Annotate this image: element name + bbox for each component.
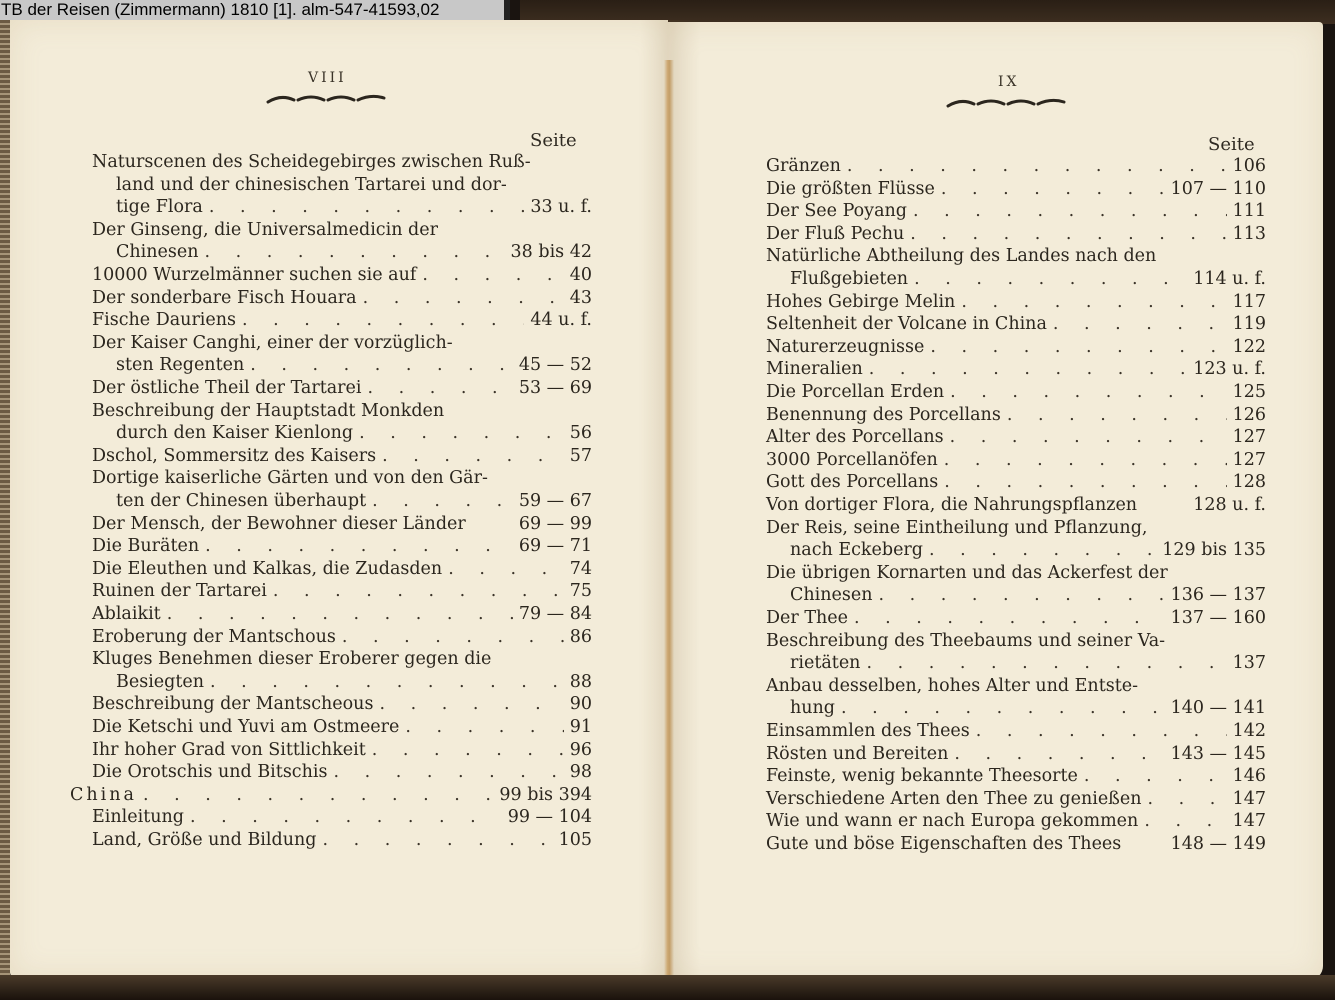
toc-leader-dots: . . . . . . . . . . . . . . . . . . . . … (1084, 765, 1227, 787)
toc-entry: Die Buräten. . . . . . . . . . . . . . .… (92, 535, 592, 557)
toc-entry: Der Reis, seine Eintheilung und Pflanzun… (766, 517, 1266, 539)
toc-entry-page: 38 bis 42 (511, 241, 592, 263)
toc-entry-title: Fische Dauriens (92, 309, 236, 331)
toc-entry-title: Dschol, Sommersitz des Kaisers (92, 445, 376, 467)
toc-entry: Der Mensch, der Bewohner dieser Länder69… (92, 513, 592, 535)
toc-entry-page: 99 — 104 (508, 806, 592, 828)
toc-entry: Die übrigen Kornarten und das Ackerfest … (766, 562, 1266, 584)
toc-entry-title: Der sonderbare Fisch Houara (92, 287, 357, 309)
right-page: IX Seite Gränzen. . . . . . . . . . . . … (668, 22, 1323, 980)
toc-entry: Ihr hoher Grad von Sittlichkeit. . . . .… (92, 739, 592, 761)
toc-entry: Chinesen. . . . . . . . . . . . . . . . … (790, 584, 1266, 606)
toc-entry: Die Porcellan Erden. . . . . . . . . . .… (766, 381, 1266, 403)
toc-leader-dots: . . . . . . . . . . . . . . . . . . . . … (929, 539, 1156, 561)
toc-leader-dots: . . . . . . . . . . . . . . . . . . . . … (1148, 788, 1227, 810)
toc-entry-title: Ihr hoher Grad von Sittlichkeit (92, 739, 366, 761)
toc-entry-title: Seltenheit der Volcane in China (766, 313, 1047, 335)
toc-entry-page: 127 (1233, 449, 1266, 471)
toc-entry-page: 117 (1233, 291, 1266, 313)
toc-leader-dots: . . . . . . . . . . . . . . . . . . . . … (847, 155, 1227, 177)
toc-entry-page: 146 (1233, 765, 1266, 787)
toc-leader-dots: . . . . . . . . . . . . . . . . . . . . … (950, 381, 1226, 403)
toc-entry-page: 123 u. f. (1193, 358, 1266, 380)
toc-entry-title: Mineralien (766, 358, 863, 380)
toc-entry-title: Wie und wann er nach Europa gekommen (766, 810, 1138, 832)
toc-entry-title: Beschreibung der Mantscheous (92, 693, 373, 715)
toc-leader-dots: . . . . . . . . . . . . . . . . . . . . … (950, 426, 1227, 448)
toc-leader-dots: . . . . . . . . . . . . . . . . . . . . … (448, 558, 564, 580)
toc-entry-page: 113 (1233, 223, 1266, 245)
toc-entry-page: 111 (1233, 200, 1266, 222)
toc-entry-title: Die übrigen Kornarten und das Ackerfest … (766, 562, 1168, 584)
toc-entry-title: Ruinen der Tartarei (92, 580, 267, 602)
toc-entry-title: Kluges Benehmen dieser Eroberer gegen di… (92, 648, 491, 670)
toc-leader-dots: . . . . . . . . . . . . . . . . . . . . … (143, 784, 493, 806)
toc-entry: Benennung des Porcellans. . . . . . . . … (766, 404, 1266, 426)
toc-entry-title: Der Fluß Pechu (766, 223, 904, 245)
toc-entry-title: land und der chinesischen Tartarei und d… (116, 174, 507, 196)
toc-entry-page: 125 (1233, 381, 1266, 403)
toc-entry: Einsammlen des Thees. . . . . . . . . . … (766, 720, 1266, 742)
toc-entry-title: Der Thee (766, 607, 848, 629)
toc-leader-dots: . . . . . . . . . . . . . . . . . . . . … (954, 743, 1164, 765)
toc-entry-page: 79 — 84 (519, 603, 592, 625)
toc-entry: Ruinen der Tartarei. . . . . . . . . . .… (92, 580, 592, 602)
toc-entry-page: 137 (1233, 652, 1266, 674)
toc-entry: Gute und böse Eigenschaften des Thees148… (766, 833, 1266, 855)
toc-entry: Von dortiger Flora, die Nahrungspflanzen… (766, 494, 1266, 516)
toc-leader-dots: . . . . . . . . . . . . . . . . . . . . … (372, 739, 564, 761)
toc-entry-page: 126 (1233, 404, 1266, 426)
toc-entry-title: Beschreibung der Hauptstadt Monkden (92, 400, 444, 422)
toc-entry-page: 119 (1233, 313, 1266, 335)
toc-entry: Besiegten. . . . . . . . . . . . . . . .… (116, 671, 592, 693)
toc-entry: Der Kaiser Canghi, einer der vorzüglich- (92, 332, 592, 354)
toc-entry: China. . . . . . . . . . . . . . . . . .… (70, 784, 592, 806)
toc-entry-page: 91 (570, 716, 592, 738)
toc-entry: Gränzen. . . . . . . . . . . . . . . . .… (766, 155, 1266, 177)
toc-entry-title: tige Flora (116, 196, 203, 218)
toc-leader-dots: . . . . . . . . . . . . . . . . . . . . … (910, 223, 1226, 245)
toc-entry-page: 69 — 99 (519, 513, 592, 535)
toc-leader-dots: . . . . . . . . . . . . . . . . . . . . … (1007, 404, 1227, 426)
toc-entry-page: 43 (570, 287, 592, 309)
window-title: TB der Reisen (Zimmermann) 1810 [1]. alm… (1, 0, 439, 19)
toc-entry-page: 106 (1233, 155, 1266, 177)
toc-entry-page: 140 — 141 (1171, 697, 1266, 719)
toc-entry-title: Benennung des Porcellans (766, 404, 1001, 426)
toc-leader-dots: . . . . . . . . . . . . . . . . . . . . … (322, 829, 552, 851)
toc-entry-page: 148 — 149 (1171, 833, 1266, 855)
toc-entry-page: 127 (1233, 426, 1266, 448)
toc-entry: Alter des Porcellans. . . . . . . . . . … (766, 426, 1266, 448)
toc-entry-title: nach Eckeberg (790, 539, 923, 561)
toc-leader-dots: . . . . . . . . . . . . . . . . . . . . … (382, 445, 564, 467)
toc-entry: Kluges Benehmen dieser Eroberer gegen di… (92, 648, 592, 670)
toc-entry-title: Dortige kaiserliche Gärten und von den G… (92, 467, 488, 489)
toc-entry-page: 129 bis 135 (1162, 539, 1266, 561)
toc-entry-title: Der Ginseng, die Universalmedicin der (92, 219, 438, 241)
toc-entry: Hohes Gebirge Melin. . . . . . . . . . .… (766, 291, 1266, 313)
toc-entry: Mineralien. . . . . . . . . . . . . . . … (766, 358, 1266, 380)
toc-entry: Flußgebieten. . . . . . . . . . . . . . … (790, 268, 1266, 290)
book-cover-bottom (0, 975, 1335, 1000)
toc-entry-title: Chinesen (116, 241, 199, 263)
ornament-divider-icon (266, 92, 386, 106)
toc-entry-page: 143 — 145 (1171, 743, 1266, 765)
toc-leader-dots: . . . . . . . . . . . . . . . . . . . . … (372, 490, 513, 512)
toc-entry-title: Der Mensch, der Bewohner dieser Länder (92, 513, 466, 535)
toc-entry-title: sten Regenten (116, 354, 244, 376)
page-number-right: IX (998, 74, 1020, 90)
toc-entry: Die größten Flüsse. . . . . . . . . . . … (766, 178, 1266, 200)
book-gutter (664, 60, 674, 980)
toc-entry: ten der Chinesen überhaupt. . . . . . . … (116, 490, 592, 512)
column-header-seite: Seite (1208, 134, 1255, 155)
toc-entry: Der Fluß Pechu. . . . . . . . . . . . . … (766, 223, 1266, 245)
toc-entry-title: ten der Chinesen überhaupt (116, 490, 366, 512)
toc-entry-title: Die Ketschi und Yuvi am Ostmeere (92, 716, 399, 738)
toc-entry-title: Chinesen (790, 584, 873, 606)
window-title-bar: TB der Reisen (Zimmermann) 1810 [1]. alm… (0, 0, 505, 20)
toc-entry: Beschreibung der Hauptstadt Monkden (92, 400, 592, 422)
toc-leader-dots: . . . . . . . . . . . . . . . . . . . . … (944, 471, 1226, 493)
toc-entry-title: 3000 Porcellanöfen (766, 449, 938, 471)
toc-entry-page: 96 (570, 739, 592, 761)
toc-entry: Land, Größe und Bildung. . . . . . . . .… (92, 829, 592, 851)
toc-leader-dots: . . . . . . . . . . . . . . . . . . . . … (869, 358, 1187, 380)
toc-leader-dots: . . . . . . . . . . . . . . . . . . . . … (273, 580, 564, 602)
toc-entry-page: 59 — 67 (519, 490, 592, 512)
toc-leader-dots: . . . . . . . . . . . . . . . . . . . . … (854, 607, 1165, 629)
toc-leader-dots: . . . . . . . . . . . . . . . . . . . . … (944, 449, 1227, 471)
toc-entry-page: 99 bis 394 (499, 784, 592, 806)
toc-entry-page: 98 (570, 761, 592, 783)
toc-entry: sten Regenten. . . . . . . . . . . . . .… (116, 354, 592, 376)
toc-entry: Natürliche Abtheilung des Landes nach de… (766, 245, 1266, 267)
toc-entry-page: 57 (570, 445, 592, 467)
toc-entry-title: Land, Größe und Bildung (92, 829, 316, 851)
toc-leader-dots: . . . . . . . . . . . . . . . . . . . . … (210, 671, 564, 693)
toc-entry-title: Die Porcellan Erden (766, 381, 944, 403)
toc-leader-dots: . . . . . . . . . . . . . . . . . . . . … (363, 287, 564, 309)
toc-leader-dots: . . . . . . . . . . . . . . . . . . . . … (914, 268, 1187, 290)
toc-leader-dots: . . . . . . . . . . . . . . . . . . . . … (1053, 313, 1227, 335)
toc-leader-dots: . . . . . . . . . . . . . . . . . . . . … (866, 652, 1226, 674)
toc-entry-page: 44 u. f. (530, 309, 592, 331)
toc-entry-title: Der östliche Theil der Tartarei (92, 377, 362, 399)
toc-leader-dots: . . . . . . . . . . . . . . . . . . . . … (379, 693, 563, 715)
title-bar-edge (504, 0, 510, 20)
toc-entry-title: Gute und böse Eigenschaften des Thees (766, 833, 1121, 855)
toc-entry-title: Naturscenen des Scheidegebirges zwischen… (92, 151, 531, 173)
toc-entry: Die Ketschi und Yuvi am Ostmeere. . . . … (92, 716, 592, 738)
toc-leader-dots: . . . . . . . . . . . . . . . . . . . . … (205, 241, 505, 263)
toc-entry: Naturerzeugnisse. . . . . . . . . . . . … (766, 336, 1266, 358)
toc-entry-page: 114 u. f. (1193, 268, 1266, 290)
toc-entry: Die Orotschis und Bitschis. . . . . . . … (92, 761, 592, 783)
toc-entry-page: 40 (570, 264, 592, 286)
toc-leader-dots: . . . . . . . . . . . . . . . . . . . . … (167, 603, 513, 625)
toc-entry-page: 142 (1233, 720, 1266, 742)
toc-entry-page: 128 u. f. (1193, 494, 1266, 516)
toc-leader-dots: . . . . . . . . . . . . . . . . . . . . … (342, 626, 564, 648)
toc-entry-title: Die Eleuthen und Kalkas, die Zudasden (92, 558, 442, 580)
toc-leader-dots: . . . . . . . . . . . . . . . . . . . . … (930, 336, 1226, 358)
toc-entry-title: Rösten und Bereiten (766, 743, 948, 765)
toc-entry: 3000 Porcellanöfen. . . . . . . . . . . … (766, 449, 1266, 471)
toc-leader-dots: . . . . . . . . . . . . . . . . . . . . … (209, 196, 525, 218)
toc-entry-page: 69 — 71 (519, 535, 592, 557)
toc-entry: Der Ginseng, die Universalmedicin der (92, 219, 592, 241)
toc-entry: Fische Dauriens. . . . . . . . . . . . .… (92, 309, 592, 331)
toc-entry: Wie und wann er nach Europa gekommen. . … (766, 810, 1266, 832)
toc-entry: Rösten und Bereiten. . . . . . . . . . .… (766, 743, 1266, 765)
toc-entry-title: hung (790, 697, 835, 719)
toc-entry: land und der chinesischen Tartarei und d… (116, 174, 592, 196)
toc-entry-page: 45 — 52 (519, 354, 592, 376)
toc-entry-page: 105 (559, 829, 592, 851)
toc-entry-title: Hohes Gebirge Melin (766, 291, 955, 313)
toc-entry: Einleitung. . . . . . . . . . . . . . . … (92, 806, 592, 828)
toc-entry-page: 147 (1233, 810, 1266, 832)
toc-entry-title: Naturerzeugnisse (766, 336, 924, 358)
toc-entry: Gott des Porcellans. . . . . . . . . . .… (766, 471, 1266, 493)
toc-leader-dots: . . . . . . . . . . . . . . . . . . . . … (250, 354, 513, 376)
toc-entry-page: 33 u. f. (530, 196, 592, 218)
toc-entry-page: 88 (570, 671, 592, 693)
toc-entry: nach Eckeberg. . . . . . . . . . . . . .… (790, 539, 1266, 561)
toc-entry-page: 107 — 110 (1171, 178, 1266, 200)
toc-entry: 10000 Wurzelmänner suchen sie auf. . . .… (92, 264, 592, 286)
toc-entry-title: Von dortiger Flora, die Nahrungspflanzen (766, 494, 1137, 516)
toc-entry-title: Natürliche Abtheilung des Landes nach de… (766, 245, 1156, 267)
toc-entry-title: Ablaikit (92, 603, 161, 625)
toc-entry: Dortige kaiserliche Gärten und von den G… (92, 467, 592, 489)
toc-leader-dots: . . . . . . . . . . . . . . . . . . . . … (941, 178, 1165, 200)
toc-entry: Der Thee. . . . . . . . . . . . . . . . … (766, 607, 1266, 629)
toc-entry: Die Eleuthen und Kalkas, die Zudasden. .… (92, 558, 592, 580)
toc-entry: Seltenheit der Volcane in China. . . . .… (766, 313, 1266, 335)
toc-entry: Dschol, Sommersitz des Kaisers. . . . . … (92, 445, 592, 467)
toc-entry-title: Einleitung (92, 806, 184, 828)
column-header-seite: Seite (530, 130, 577, 151)
toc-entry-page: 137 — 160 (1171, 607, 1266, 629)
toc-entry: Chinesen. . . . . . . . . . . . . . . . … (116, 241, 592, 263)
toc-entry-title: Eroberung der Mantschous (92, 626, 336, 648)
toc-entry-title: 10000 Wurzelmänner suchen sie auf (92, 264, 416, 286)
toc-entry-title: Die größten Flüsse (766, 178, 935, 200)
toc-entry-title: durch den Kaiser Kienlong (116, 422, 353, 444)
toc-entry: Der östliche Theil der Tartarei. . . . .… (92, 377, 592, 399)
toc-entry-page: 90 (570, 693, 592, 715)
toc-entry-title: Verschiedene Arten den Thee zu genießen (766, 788, 1142, 810)
toc-entry: Anbau desselben, hohes Alter und Entste- (766, 675, 1266, 697)
toc-entry-title: China (70, 784, 137, 806)
toc-entry: Eroberung der Mantschous. . . . . . . . … (92, 626, 592, 648)
ornament-divider-icon (946, 96, 1066, 110)
toc-entry-title: Gränzen (766, 155, 841, 177)
toc-entry-page: 136 — 137 (1171, 584, 1266, 606)
toc-leader-dots: . . . . . . . . . . . . . . . . . . . . … (1144, 810, 1226, 832)
book-page-edges (0, 20, 10, 980)
toc-entry: durch den Kaiser Kienlong. . . . . . . .… (116, 422, 592, 444)
toc-entry-title: Einsammlen des Thees (766, 720, 970, 742)
toc-entry-title: Der Reis, seine Eintheilung und Pflanzun… (766, 517, 1147, 539)
toc-entry-title: Gott des Porcellans (766, 471, 938, 493)
toc-entry: tige Flora. . . . . . . . . . . . . . . … (116, 196, 592, 218)
toc-entry-title: Die Buräten (92, 535, 199, 557)
toc-entry-title: Beschreibung des Theebaums und seiner Va… (766, 630, 1165, 652)
toc-entry-title: Flußgebieten (790, 268, 908, 290)
toc-entry-page: 122 (1233, 336, 1266, 358)
toc-entry: Beschreibung des Theebaums und seiner Va… (766, 630, 1266, 652)
toc-leader-dots: . . . . . . . . . . . . . . . . . . . . … (242, 309, 524, 331)
toc-leader-dots: . . . . . . . . . . . . . . . . . . . . … (961, 291, 1226, 313)
toc-entry-title: Der See Poyang (766, 200, 907, 222)
toc-entry-page: 147 (1233, 788, 1266, 810)
toc-leader-dots: . . . . . . . . . . . . . . . . . . . . … (190, 806, 502, 828)
toc-leader-dots: . . . . . . . . . . . . . . . . . . . . … (405, 716, 563, 738)
toc-leader-dots: . . . . . . . . . . . . . . . . . . . . … (368, 377, 513, 399)
toc-entry: Beschreibung der Mantscheous. . . . . . … (92, 693, 592, 715)
toc-entry: Ablaikit. . . . . . . . . . . . . . . . … (92, 603, 592, 625)
toc-entry: Verschiedene Arten den Thee zu genießen.… (766, 788, 1266, 810)
toc-entry-title: Alter des Porcellans (766, 426, 944, 448)
toc-leader-dots: . . . . . . . . . . . . . . . . . . . . … (976, 720, 1227, 742)
toc-entry-page: 56 (570, 422, 592, 444)
toc-entry: Der sonderbare Fisch Houara. . . . . . .… (92, 287, 592, 309)
toc-leader-dots: . . . . . . . . . . . . . . . . . . . . … (841, 697, 1165, 719)
toc-leader-dots: . . . . . . . . . . . . . . . . . . . . … (359, 422, 564, 444)
toc-entry: hung. . . . . . . . . . . . . . . . . . … (790, 697, 1266, 719)
page-number-left: VIII (308, 70, 347, 86)
toc-entry-title: Anbau desselben, hohes Alter und Entste- (766, 675, 1138, 697)
toc-entry: Feinste, wenig bekannte Theesorte. . . .… (766, 765, 1266, 787)
toc-entry: rietäten. . . . . . . . . . . . . . . . … (790, 652, 1266, 674)
toc-entry-title: Besiegten (116, 671, 204, 693)
toc-leader-dots: . . . . . . . . . . . . . . . . . . . . … (333, 761, 563, 783)
toc-entry-title: Der Kaiser Canghi, einer der vorzüglich- (92, 332, 453, 354)
left-page: VIII Seite Naturscenen des Scheidegebirg… (10, 20, 668, 978)
toc-entry-page: 86 (570, 626, 592, 648)
toc-leader-dots: . . . . . . . . . . . . . . . . . . . . … (913, 200, 1227, 222)
toc-entry: Naturscenen des Scheidegebirges zwischen… (92, 151, 592, 173)
toc-entry-page: 74 (570, 558, 592, 580)
toc-leader-dots: . . . . . . . . . . . . . . . . . . . . … (879, 584, 1165, 606)
toc-entry-title: Die Orotschis und Bitschis (92, 761, 327, 783)
toc-leader-dots: . . . . . . . . . . . . . . . . . . . . … (205, 535, 513, 557)
toc-entry-title: rietäten (790, 652, 860, 674)
toc-entry: Der See Poyang. . . . . . . . . . . . . … (766, 200, 1266, 222)
toc-entry-page: 53 — 69 (519, 377, 592, 399)
toc-entry-page: 75 (570, 580, 592, 602)
toc-leader-dots: . . . . . . . . . . . . . . . . . . . . … (422, 264, 563, 286)
toc-entry-page: 128 (1233, 471, 1266, 493)
toc-entry-title: Feinste, wenig bekannte Theesorte (766, 765, 1078, 787)
